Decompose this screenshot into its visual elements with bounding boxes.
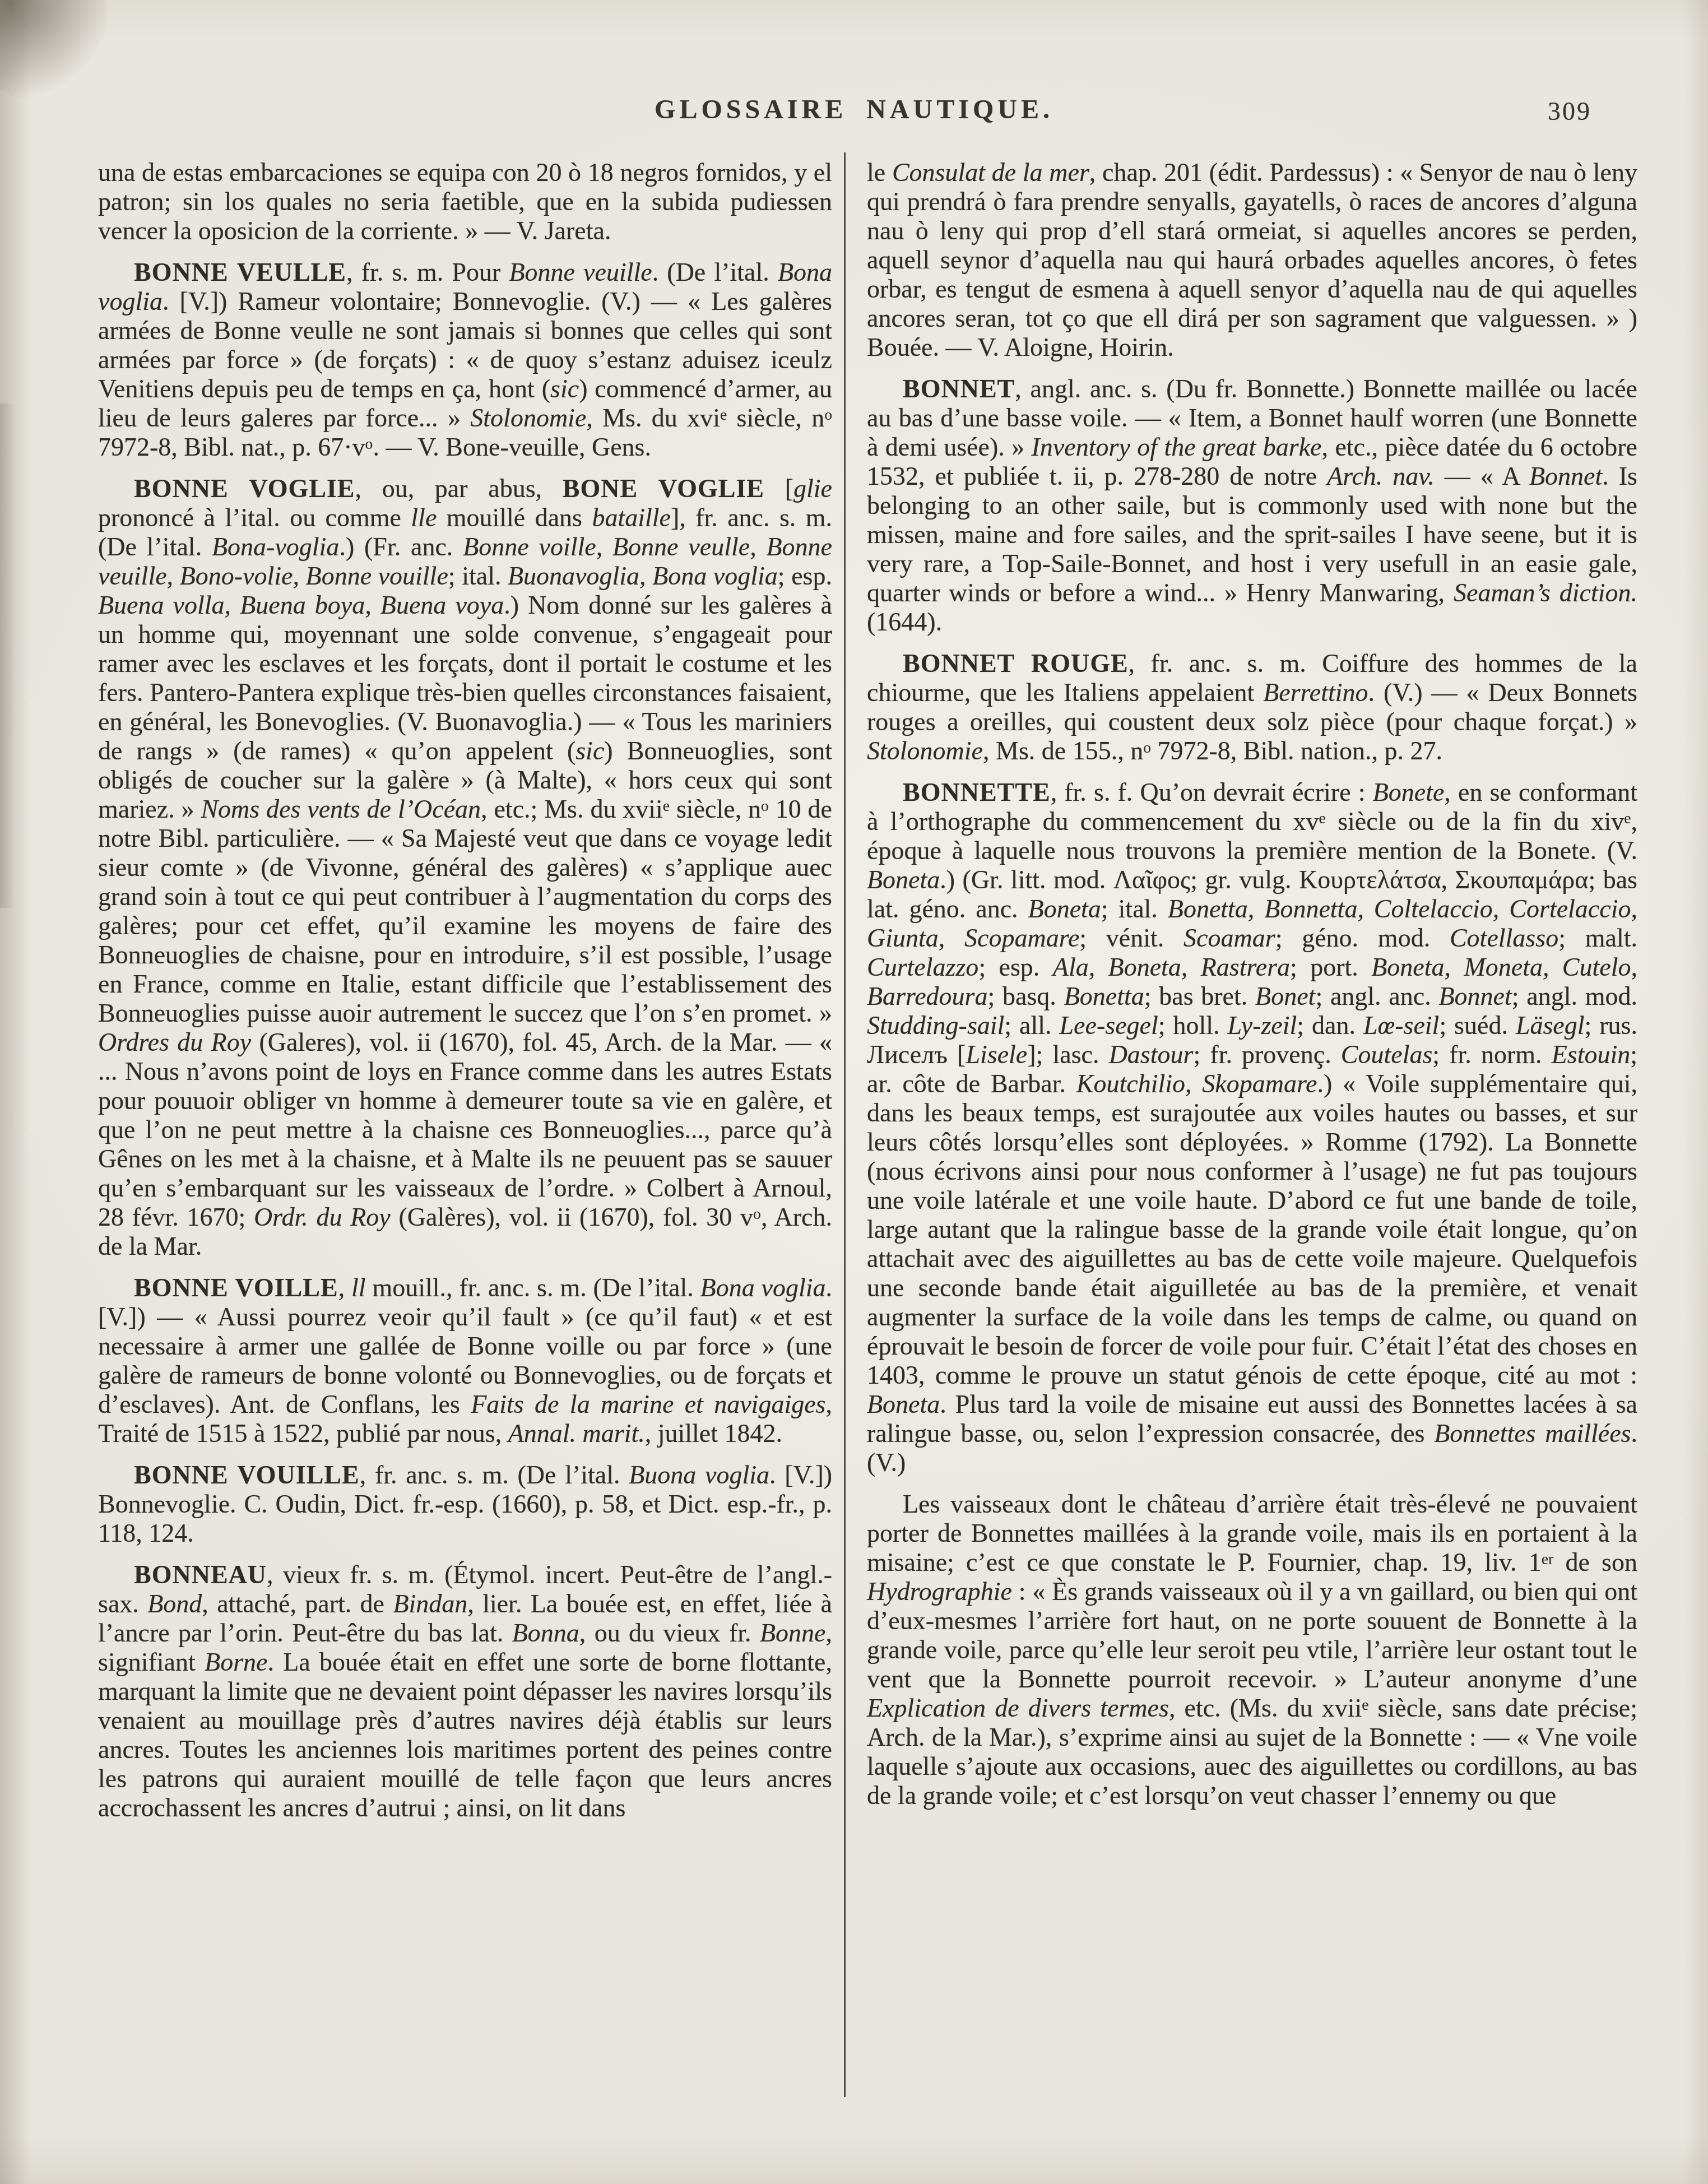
body-text: , ou, par abus, <box>355 474 563 503</box>
italic-text: Consulat de la mer <box>892 158 1089 187</box>
italic-text: Borne <box>205 1648 267 1676</box>
body-text: (1644). <box>867 608 942 636</box>
body-text: ; holl. <box>1158 1011 1228 1040</box>
body-text: de son <box>1553 1548 1637 1576</box>
italic-text: Bona-voglia <box>212 532 339 561</box>
italic-text: Bonnet <box>1529 462 1602 490</box>
italic-text: Berrettino <box>1263 678 1368 707</box>
running-head-title: GLOSSAIRE NAUTIQUE. <box>0 94 1708 125</box>
italic-text: Seaman’s diction. <box>1454 578 1637 607</box>
body-text: ; géno. mod. <box>1275 924 1450 952</box>
italic-text: Hydrographie <box>867 1577 1012 1606</box>
body-text: .) (Fr. anc. <box>339 532 463 561</box>
italic-text: Stolonomie <box>867 736 983 765</box>
italic-text: Cotellasso <box>1450 924 1558 952</box>
body-text: ; bas bret. <box>1144 982 1255 1010</box>
superscript: e <box>663 797 670 814</box>
italic-text: lle <box>411 503 437 532</box>
column-continuation-text: una de estas embarcaciones se equipa con… <box>98 158 832 245</box>
body-text: — « A <box>1435 462 1529 490</box>
superscript: o <box>761 797 769 814</box>
italic-text: Ly-zeil <box>1228 1011 1297 1040</box>
superscript: o <box>1143 739 1151 756</box>
body-text: ; all. <box>1004 1011 1059 1040</box>
body-text: , fr. s. f. Qu’on devrait écrire : <box>1051 778 1373 806</box>
body-text: ]; lasc. <box>1027 1040 1108 1069</box>
italic-text: Bonet <box>1255 982 1315 1010</box>
italic-text: Bindan <box>393 1589 467 1618</box>
superscript: e <box>720 406 727 423</box>
body-text: , fr. s. m. Pour <box>346 258 509 286</box>
italic-text: Faits de la marine et navigaiges <box>471 1390 825 1418</box>
column-continuation-text: le Consulat de la mer, chap. 201 (édit. … <box>867 158 1637 362</box>
italic-text: Boneta <box>867 865 940 894</box>
body-text: ; fr. provenç. <box>1193 1040 1340 1069</box>
body-text: Les vaisseaux dont le château d’arrière … <box>867 1490 1637 1576</box>
body-text: ; ital. <box>448 562 508 590</box>
italic-text: bataille <box>592 503 671 532</box>
body-text: . — V. Bone-veuille, Gens. <box>373 433 651 461</box>
entry-headword: BONE VOGLIE <box>563 474 764 503</box>
italic-text: Bond <box>147 1589 202 1618</box>
body-text: . (De l’ital. <box>652 258 778 286</box>
superscript: e <box>1362 1696 1368 1713</box>
entry-bonnet-rouge: BONNET ROUGE, fr. anc. s. m. Coiffure de… <box>867 649 1637 766</box>
entry-headword: BONNE VOUILLE <box>134 1460 360 1489</box>
body-text: , etc.; Ms. du xvii <box>481 795 663 823</box>
body-text: una de estas embarcaciones se equipa con… <box>98 158 832 245</box>
italic-text: Boneta <box>867 1390 940 1418</box>
body-text: siècle, n <box>670 795 761 823</box>
italic-text: Explication de divers termes <box>867 1694 1169 1722</box>
page-number: 309 <box>1548 96 1591 126</box>
superscript: o <box>824 406 832 423</box>
entry-bonne-voglie: BONNE VOGLIE, ou, par abus, BONE VOGLIE … <box>98 474 832 1261</box>
body-text: [ <box>764 474 793 503</box>
entry-headword: BONNETTE <box>903 778 1051 806</box>
column-left: una de estas embarcaciones se equipa con… <box>98 158 832 1835</box>
body-text: , ou du vieux fr. <box>579 1619 760 1647</box>
italic-text: Dastour <box>1109 1040 1194 1069</box>
italic-text: Bonne veuille <box>509 258 652 286</box>
italic-text: Bonne <box>760 1619 826 1647</box>
body-text: (Galeres), vol. ii (1670), fol. 45, Arch… <box>98 1028 832 1231</box>
italic-text: Curtelazzo <box>867 953 978 981</box>
italic-text: Lisele <box>966 1040 1027 1069</box>
superscript: o <box>753 1205 761 1222</box>
italic-text: Bonete <box>1373 778 1445 806</box>
body-text: ; dan. <box>1297 1011 1363 1040</box>
entry-bonne-voille: BONNE VOILLE, ll mouill., fr. anc. s. m.… <box>98 1273 832 1448</box>
entry-bonnette-paragraph-2: Les vaisseaux dont le château d’arrière … <box>867 1490 1637 1810</box>
italic-text: Buonavoglia, Bona voglia <box>508 562 778 590</box>
scan-corner-smudge <box>0 0 112 101</box>
italic-text: Studding-sail <box>867 1011 1004 1040</box>
entry-bonnet: BONNET, angl. anc. s. (Du fr. Bonnette.)… <box>867 374 1637 637</box>
body-text: .) « Voile supplémentaire qui, dans les … <box>867 1069 1637 1389</box>
italic-text: Läsegl <box>1516 1011 1585 1040</box>
body-text: prononcé à l’ital. ou comme <box>98 503 411 532</box>
italic-text: glie <box>793 474 832 503</box>
italic-text: Noms des vents de l’Océan <box>201 795 481 823</box>
body-text: ; fr. norm. <box>1432 1040 1551 1069</box>
scan-edge-shadow <box>0 404 15 908</box>
italic-text: Inventory of the great barke <box>1032 433 1322 461</box>
italic-text: Scoamar <box>1183 924 1275 952</box>
column-right: le Consulat de la mer, chap. 201 (édit. … <box>867 158 1637 1835</box>
italic-text: Koutchilio, Skopamare <box>1076 1069 1317 1098</box>
body-text: , etc. (Ms. du xvii <box>1169 1694 1362 1722</box>
text-columns: una de estas embarcaciones se equipa con… <box>98 158 1637 1835</box>
italic-text: Bonna <box>512 1619 579 1647</box>
body-text: , juillet 1842. <box>645 1419 782 1448</box>
entry-headword: BONNET ROUGE <box>903 649 1129 678</box>
italic-text: Bonetta <box>1064 982 1144 1010</box>
body-text: , Ms. du xvi <box>586 404 720 432</box>
body-text: mouill., fr. anc. s. m. (De l’ital. <box>366 1273 700 1302</box>
italic-text: Coutelas <box>1341 1040 1433 1069</box>
body-text: 7972-8, Bibl. nation., p. 27. <box>1151 736 1442 765</box>
entry-bonne-veulle: BONNE VEULLE, fr. s. m. Pour Bonne veuil… <box>98 258 832 462</box>
italic-text: sic <box>550 374 579 403</box>
body-text: ; angl. mod. <box>1512 982 1637 1010</box>
italic-text: Stolonomie <box>470 404 586 432</box>
body-text: ; suéd. <box>1439 1011 1515 1040</box>
italic-text: sic <box>575 736 604 765</box>
body-text: ; basq. <box>988 982 1064 1010</box>
entry-headword: BONNEAU <box>134 1560 267 1589</box>
italic-text: Ordr. du Roy <box>254 1203 391 1231</box>
body-text: mouillé dans <box>437 503 592 532</box>
body-text: (Galères), vol. ii (1670), fol. 30 v <box>391 1203 753 1231</box>
entry-headword: BONNE VEULLE <box>134 258 346 286</box>
entry-bonnette: BONNETTE, fr. s. f. Qu’on devrait écrire… <box>867 778 1637 1477</box>
body-text: siècle, n <box>727 404 824 432</box>
body-text: siècle ou de la fin du xiv <box>1326 807 1624 836</box>
superscript: o <box>365 435 373 452</box>
body-text: ; esp. <box>978 953 1052 981</box>
body-text: ; vénit. <box>1079 924 1183 952</box>
entry-bonne-vouille: BONNE VOUILLE, fr. anc. s. m. (De l’ital… <box>98 1460 832 1548</box>
entry-bonneau: BONNEAU, vieux fr. s. m. (Étymol. incert… <box>98 1560 832 1823</box>
body-text: 10 de notre Bibl. particulière. — « Sa M… <box>98 795 832 1027</box>
book-page-scan: GLOSSAIRE NAUTIQUE. 309 una de estas emb… <box>0 0 1708 2184</box>
italic-text: Bonnettes maillées <box>1434 1419 1631 1448</box>
body-text: ; ital. <box>1101 894 1168 923</box>
italic-text: Arch. nav. <box>1327 462 1435 490</box>
italic-text: Ordres du Roy <box>98 1028 251 1056</box>
italic-text: Estouin <box>1552 1040 1631 1069</box>
entry-headword: BONNE VOGLIE <box>134 474 355 503</box>
entry-headword: BONNET <box>903 374 1015 403</box>
body-text: , attaché, part. de <box>202 1589 393 1618</box>
body-text: ; malt. <box>1558 924 1637 952</box>
entry-headword: BONNE VOILLE <box>134 1273 338 1302</box>
body-text: 7972-8, Bibl. nat., p. 67·v <box>98 433 365 461</box>
superscript: e <box>1319 809 1326 827</box>
italic-text: Bona voglia <box>700 1273 826 1302</box>
italic-text: Lee-segel <box>1060 1011 1158 1040</box>
italic-text: Buona voglia <box>629 1460 769 1489</box>
italic-text: Buena volla, Buena boya, Buena voya <box>98 591 504 619</box>
italic-text: Boneta <box>1028 894 1101 923</box>
italic-text: Annal. marit. <box>508 1419 645 1448</box>
body-text: , <box>338 1273 351 1302</box>
body-text: , chap. 201 (édit. Pardessus) : « Senyor… <box>867 158 1637 361</box>
body-text: , fr. anc. s. m. (De l’ital. <box>360 1460 629 1489</box>
italic-text: ll <box>351 1273 366 1302</box>
superscript: e <box>1624 809 1631 827</box>
italic-text: Ala, Boneta, Rastrera <box>1053 953 1290 981</box>
body-text: le <box>867 158 892 187</box>
body-text: ; port. <box>1290 953 1371 981</box>
italic-text: Lœ-seil <box>1363 1011 1439 1040</box>
body-text: ; esp. <box>778 562 832 590</box>
italic-text: Bonnet <box>1438 982 1511 1010</box>
body-text: , Ms. de 155., n <box>983 736 1143 765</box>
superscript: er <box>1542 1550 1553 1568</box>
body-text: ; angl. anc. <box>1315 982 1438 1010</box>
